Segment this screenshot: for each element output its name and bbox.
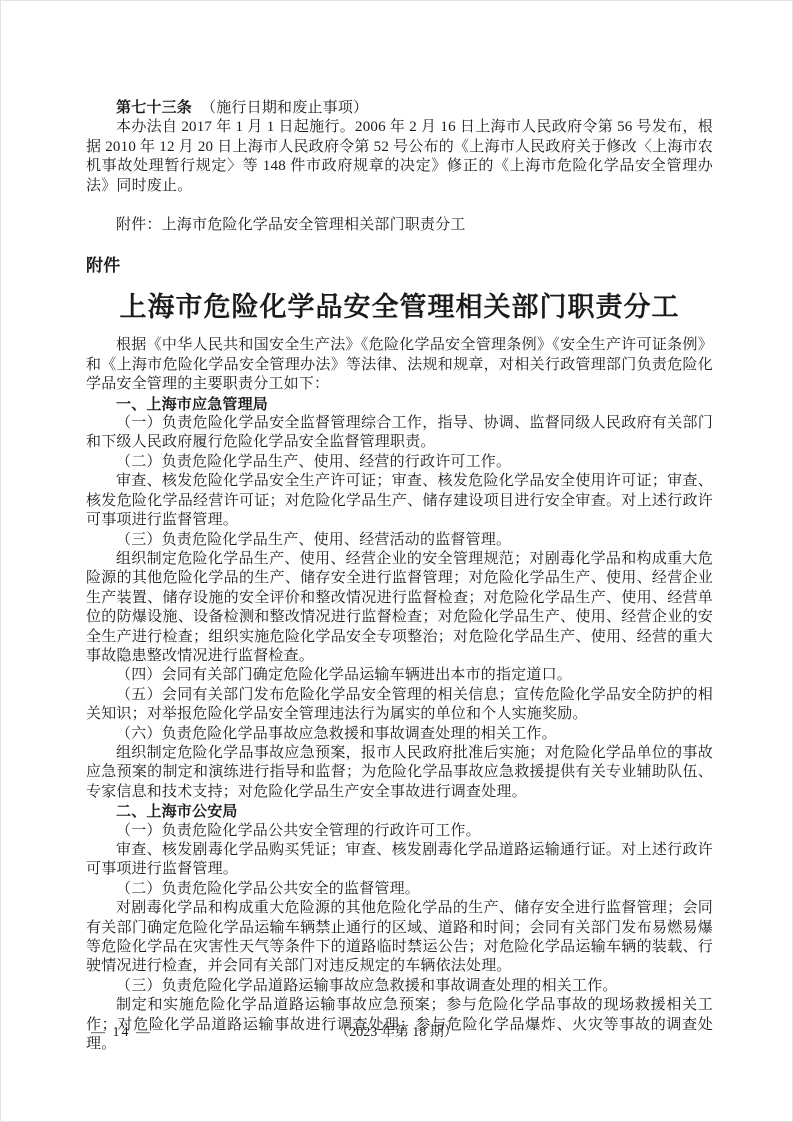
attachment-label: 附件 [86,255,713,277]
section-paragraph: 组织制定危险化学品生产、使用、经营企业的安全管理规范；对剧毒化学品和构成重大危险… [86,550,713,666]
page-footer: — 14 — （2023 年第 18 期） [1,1023,792,1045]
attachment-reference: 附件：上海市危险化学品安全管理相关部门职责分工 [86,216,713,235]
section-paragraph: 审查、核发危险化学品安全生产许可证；审查、核发危险化学品安全使用许可证；审查、核… [86,472,713,530]
section-paragraph: （四）会同有关部门确定危险化学品运输车辆进出本市的指定道口。 [86,666,713,685]
document-content: 第七十三条（施行日期和废止事项） 本办法自 2017 年 1 月 1 日起施行。… [86,98,713,1054]
article-heading-line: 第七十三条（施行日期和废止事项） [86,98,713,118]
section-heading: 二、上海市公安局 [86,802,713,821]
section-paragraph: 审查、核发剧毒化学品购买凭证；审查、核发剧毒化学品道路运输通行证。对上述行政许可… [86,841,713,880]
section-paragraph: 对剧毒化学品和构成重大危险源的其他危险化学品的生产、储存安全进行监督管理；会同有… [86,899,713,977]
section-paragraph: （三）负责危险化学品道路运输事故应急救援和事故调查处理的相关工作。 [86,977,713,996]
document-page: 第七十三条（施行日期和废止事项） 本办法自 2017 年 1 月 1 日起施行。… [0,0,793,1122]
section-paragraph: （一）负责危险化学品安全监督管理综合工作，指导、协调、监督同级人民政府有关部门和… [86,414,713,453]
attachment-intro: 根据《中华人民共和国安全生产法》《危险化学品安全管理条例》《安全生产许可证条例》… [86,336,713,394]
section-paragraph: （二）负责危险化学品公共安全的监督管理。 [86,880,713,899]
attachment-title: 上海市危险化学品安全管理相关部门职责分工 [86,290,713,324]
footer-issue-label: （2023 年第 18 期） [1,1023,792,1043]
section-paragraph: （三）负责危险化学品生产、使用、经营活动的监督管理。 [86,531,713,550]
section-heading: 一、上海市应急管理局 [86,395,713,414]
section-paragraph: （一）负责危险化学品公共安全管理的行政许可工作。 [86,822,713,841]
article-body: 本办法自 2017 年 1 月 1 日起施行。2006 年 2 月 16 日上海… [86,118,713,196]
attachment-sections: 一、上海市应急管理局（一）负责危险化学品安全监督管理综合工作，指导、协调、监督同… [86,395,713,1055]
section-paragraph: （五）会同有关部门发布危险化学品安全管理的相关信息；宣传危险化学品安全防护的相关… [86,686,713,725]
section-paragraph: （二）负责危险化学品生产、使用、经营的行政许可工作。 [86,453,713,472]
article-number: 第七十三条 [116,99,192,116]
article-subtitle: （施行日期和废止事项） [201,100,368,116]
section-paragraph: （六）负责危险化学品事故应急救援和事故调查处理的相关工作。 [86,725,713,744]
section-paragraph: 组织制定危险化学品事故应急预案，报市人民政府批准后实施；对危险化学品单位的事故应… [86,744,713,802]
